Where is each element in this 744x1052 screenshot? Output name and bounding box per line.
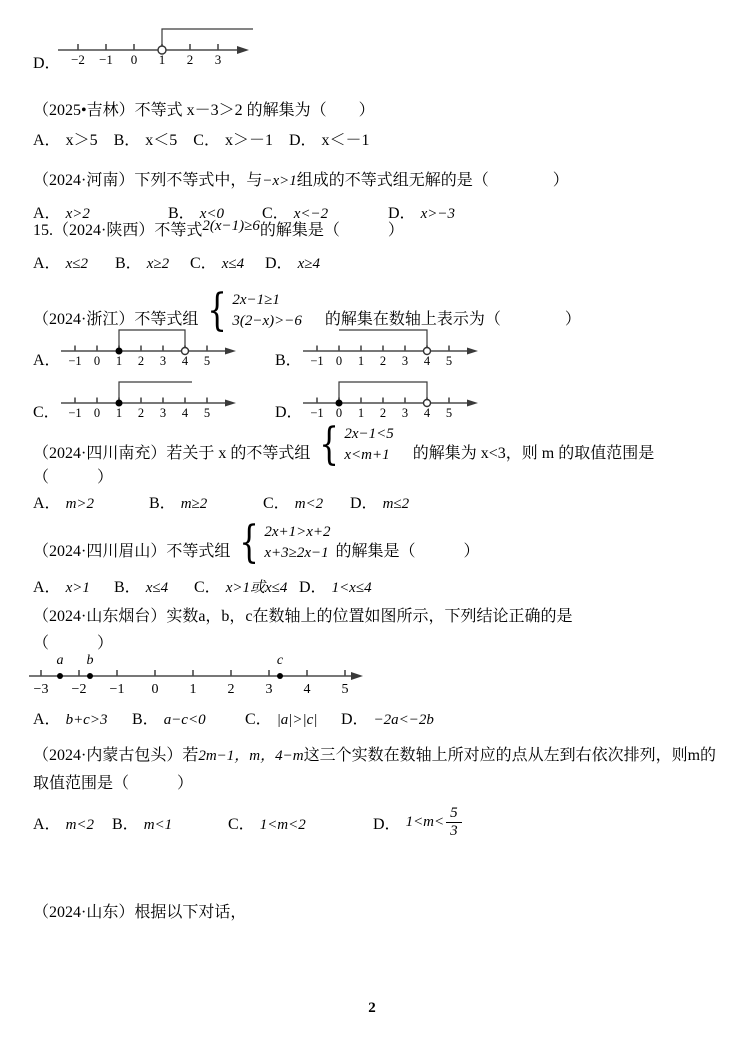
tick-label: −1 <box>99 52 113 66</box>
option: B．x≥2 <box>115 250 190 273</box>
question-stem: （2024·四川眉山）不等式组 { 2x+1>x+2 x+3≥2x−1 的解集是… <box>33 514 731 564</box>
tick-label: −3 <box>34 682 49 697</box>
option-label: D． <box>299 579 327 596</box>
point-label: a <box>57 653 64 668</box>
tick-label: −2 <box>72 682 87 697</box>
option-label: B． <box>132 711 159 728</box>
tick-label: 3 <box>160 354 166 368</box>
system-line: x<m+1 <box>344 445 393 466</box>
option-label: D． <box>265 255 293 272</box>
option-text: x≤4 <box>146 580 168 596</box>
question-nanchong: （2024·四川南充）若关于 x 的不等式组 { 2x−1<5 x<m+1 的解… <box>33 418 731 466</box>
brace-glyph: { <box>240 520 260 566</box>
tick-label: 1 <box>116 354 122 368</box>
option-text: x＞5 <box>66 132 98 149</box>
option: D．x＜－1 <box>289 127 370 150</box>
option: A．m>2 <box>33 490 149 513</box>
question-stem: （2024·四川南充）若关于 x 的不等式组 { 2x−1<5 x<m+1 的解… <box>33 418 731 466</box>
tick-label: 0 <box>94 354 100 368</box>
tick-label: 5 <box>446 354 452 368</box>
tick-label: 2 <box>138 354 144 368</box>
option: B．x≤4 <box>114 574 194 597</box>
question-stem: 15.（2024·陕西）不等式2(x−1)≥6的解集是（ ） <box>33 218 731 244</box>
option-text: x>1 <box>66 580 90 596</box>
option-text: x>1或x≤4 <box>226 580 288 596</box>
question-meishan: （2024·四川眉山）不等式组 { 2x+1>x+2 x+3≥2x−1 的解集是… <box>33 514 731 564</box>
option-text: x≥2 <box>147 256 169 272</box>
option: D．1<x≤4 <box>299 574 372 597</box>
option-label: A． <box>33 711 61 728</box>
numberline-closed1-right: −1012345 <box>59 375 249 421</box>
tick-label: 0 <box>336 354 342 368</box>
tick-label: 1 <box>358 354 364 368</box>
numberline-closed1-open4: −1012345 <box>59 323 249 369</box>
option-label: C． <box>245 711 272 728</box>
stem-prefix: （2024·四川南充）若关于 x 的不等式组 <box>33 440 310 466</box>
stem-suffix: 的解集为 x<3，则 m 的取值范围是 <box>413 440 654 466</box>
inequality-system: { 2x+1>x+2 x+3≥2x−1 <box>235 520 330 566</box>
tick-label: 3 <box>266 682 273 697</box>
option-label: D． <box>289 132 317 149</box>
page-number: 2 <box>0 1000 744 1017</box>
question-stem: （2025•吉林）不等式 x－3＞2 的解集为（ ） <box>33 98 731 124</box>
tick-label: 4 <box>304 682 311 697</box>
stem-suffix: 的解集是（ ） <box>260 222 404 239</box>
question-stem: （2024·内蒙古包头）若2m−1，m，4−m这三个实数在数轴上所对应的点从左到… <box>33 742 731 797</box>
options-row: A．x>1 B．x≤4 C．x>1或x≤4 D．1<x≤4 <box>33 574 731 597</box>
option-text: 1<m<2 <box>260 817 306 833</box>
question-stem: （2024·河南）下列不等式中，与−x>1组成的不等式组无解的是（ ） <box>33 168 731 194</box>
option-text: |a|>|c| <box>277 712 318 728</box>
tick-label: −1 <box>310 354 323 368</box>
option-label: C． <box>228 816 255 833</box>
question-shaanxi: 15.（2024·陕西）不等式2(x−1)≥6的解集是（ ） A．x≤2 B．x… <box>33 218 731 273</box>
option-label: D． <box>350 495 378 512</box>
option-text: b+c>3 <box>66 712 108 728</box>
option-label: B． <box>115 255 142 272</box>
option: D．m≤2 <box>350 490 409 513</box>
option-text: a−c<0 <box>164 712 206 728</box>
brace-glyph: { <box>320 422 340 468</box>
option: B．x＜5 <box>114 127 178 150</box>
option-text: m<2 <box>295 496 323 512</box>
inequality-system: { 2x−1<5 x<m+1 <box>315 422 393 468</box>
tick-label: 0 <box>131 52 138 66</box>
tick-label: 0 <box>152 682 159 697</box>
system-line: x+3≥2x−1 <box>264 543 330 564</box>
option-text: m≤2 <box>383 496 410 512</box>
tick-label: 4 <box>182 354 189 368</box>
point-label: b <box>87 653 94 668</box>
options-row: A．x≤2 B．x≥2 C．x≤4 D．x≥4 <box>33 250 731 273</box>
option: B．m<1 <box>112 811 228 834</box>
numberline-abc: a b c −3−2−1012345 <box>27 646 377 702</box>
option-label: A． <box>33 579 61 596</box>
option-label: B． <box>112 816 139 833</box>
option-text: 1<m< <box>406 814 445 831</box>
option-label: B． <box>149 495 176 512</box>
numberline-x-greater-1: −2 −1 0 1 2 3 <box>56 20 256 66</box>
zhejiang-options-grid: A． −1012345 B． −1012345 C． <box>33 323 731 427</box>
option: D．x≥4 <box>265 250 320 273</box>
system-line: 2x−1≥1 <box>232 290 302 311</box>
question-number: 15. <box>33 222 53 239</box>
options-row: A．m>2 B．m≥2 C．m<2 D．m≤2 <box>33 490 731 513</box>
question-stem: （2024·山东烟台）实数a，b，c在数轴上的位置如图所示，下列结论正确的是 <box>33 604 731 630</box>
worksheet-page: D． −2 −1 0 1 2 3 （2025•吉林）不等式 x－3＞2 的解集为… <box>0 0 744 1052</box>
stem-prefix: （2024·四川眉山）不等式组 <box>33 538 230 564</box>
tick-label: 3 <box>402 354 408 368</box>
question-baotou: （2024·内蒙古包头）若2m−1，m，4−m这三个实数在数轴上所对应的点从左到… <box>33 742 731 797</box>
option-text: x＜5 <box>145 132 177 149</box>
option-text: m≥2 <box>181 496 208 512</box>
stem-blank-parens: （ ） <box>33 464 113 487</box>
options-row: A．m<2 B．m<1 C．1<m<2 D．1<m<53 <box>33 798 731 846</box>
option: B．a−c<0 <box>132 706 245 729</box>
option: A．x≤2 <box>33 250 115 273</box>
system-line: 2x+1>x+2 <box>264 522 330 543</box>
tick-label: 1 <box>190 682 197 697</box>
option-label: A． <box>33 132 61 149</box>
question-jilin: （2025•吉林）不等式 x－3＞2 的解集为（ ） A．x＞5 B．x＜5 C… <box>33 98 731 150</box>
question-shandong: （2024·山东）根据以下对话， <box>33 900 731 926</box>
option-label: D． <box>373 811 401 834</box>
option-label: A． <box>33 347 61 370</box>
tick-label: −2 <box>71 52 85 66</box>
stem-prefix: （2024·陕西）不等式 <box>53 222 202 239</box>
tick-label: 2 <box>380 354 386 368</box>
option-text: m<2 <box>66 817 94 833</box>
tick-label: 1 <box>159 52 166 66</box>
option: C．x＞－1 <box>193 127 273 150</box>
option-label: C． <box>190 255 217 272</box>
option: A．x>1 <box>33 574 114 597</box>
option: C．x≤4 <box>190 250 265 273</box>
stem-math: 2(x−1)≥6 <box>202 218 260 234</box>
option-label: D． <box>341 711 369 728</box>
stem-suffix: 组成的不等式组无解的是（ ） <box>297 172 569 189</box>
option: C．m<2 <box>263 490 350 513</box>
options-row: A．b+c>3 B．a−c<0 C．|a|>|c| D．−2a<−2b <box>33 706 731 729</box>
stem-prefix: （2024·内蒙古包头）若 <box>33 747 198 764</box>
point-label: c <box>277 653 284 668</box>
tick-label: 3 <box>215 52 222 66</box>
option: D．1<m<53 <box>373 805 462 840</box>
tick-label: 5 <box>204 354 210 368</box>
question-yantai: （2024·山东烟台）实数a，b，c在数轴上的位置如图所示，下列结论正确的是 （… <box>33 604 731 630</box>
question-prev-option-d: D． −2 −1 0 1 2 3 <box>33 18 293 70</box>
option-text: 1<x≤4 <box>332 580 372 596</box>
option-label: A． <box>33 816 61 833</box>
tick-label: 2 <box>187 52 194 66</box>
option-label: B． <box>114 132 141 149</box>
question-henan: （2024·河南）下列不等式中，与−x>1组成的不等式组无解的是（ ） A．x>… <box>33 168 731 223</box>
option-label: C． <box>263 495 290 512</box>
option-label: C． <box>194 579 221 596</box>
fraction-numerator: 5 <box>446 805 462 823</box>
option: A．m<2 <box>33 811 112 834</box>
option-text: x≤4 <box>222 256 244 272</box>
fraction: 53 <box>446 805 462 840</box>
numberline-closed0-open4: −1012345 <box>301 375 491 421</box>
option-text: x≥4 <box>298 256 320 272</box>
option-text: x≤2 <box>66 256 88 272</box>
fraction-denominator: 3 <box>450 823 458 840</box>
option-text: x＜－1 <box>322 132 370 149</box>
option-label: A． <box>33 495 61 512</box>
option-label: B． <box>275 347 302 370</box>
option: D．−2a<−2b <box>341 706 434 729</box>
tick-label: 5 <box>342 682 349 697</box>
numberline-open4-left: −1012345 <box>301 323 491 369</box>
option: C．|a|>|c| <box>245 706 341 729</box>
stem-suffix: 的解集是（ ） <box>336 538 480 564</box>
tick-label: −1 <box>68 354 81 368</box>
stem-math: −x>1 <box>262 173 296 189</box>
option: A．x＞5 <box>33 127 98 150</box>
option: B．m≥2 <box>149 490 263 513</box>
option-label: A． <box>33 255 61 272</box>
tick-label: −1 <box>110 682 125 697</box>
option: C．x>1或x≤4 <box>194 574 299 597</box>
system-line: 2x−1<5 <box>344 424 393 445</box>
option-text: m<1 <box>144 817 172 833</box>
stem-prefix: （2024·河南）下列不等式中，与 <box>33 172 262 189</box>
question-stem: （2024·山东）根据以下对话， <box>33 900 731 926</box>
stem-math: 2m−1，m，4−m <box>198 748 303 764</box>
tick-label: 2 <box>228 682 235 697</box>
option-label: B． <box>114 579 141 596</box>
option-text: x＞－1 <box>225 132 273 149</box>
option-text: m>2 <box>66 496 94 512</box>
option: C．1<m<2 <box>228 811 373 834</box>
option-text: −2a<−2b <box>374 712 434 728</box>
options-row: A．x＞5 B．x＜5 C．x＞－1 D．x＜－1 <box>33 127 731 150</box>
tick-label: 4 <box>424 354 431 368</box>
option: A．b+c>3 <box>33 706 132 729</box>
option-label: C． <box>193 132 220 149</box>
